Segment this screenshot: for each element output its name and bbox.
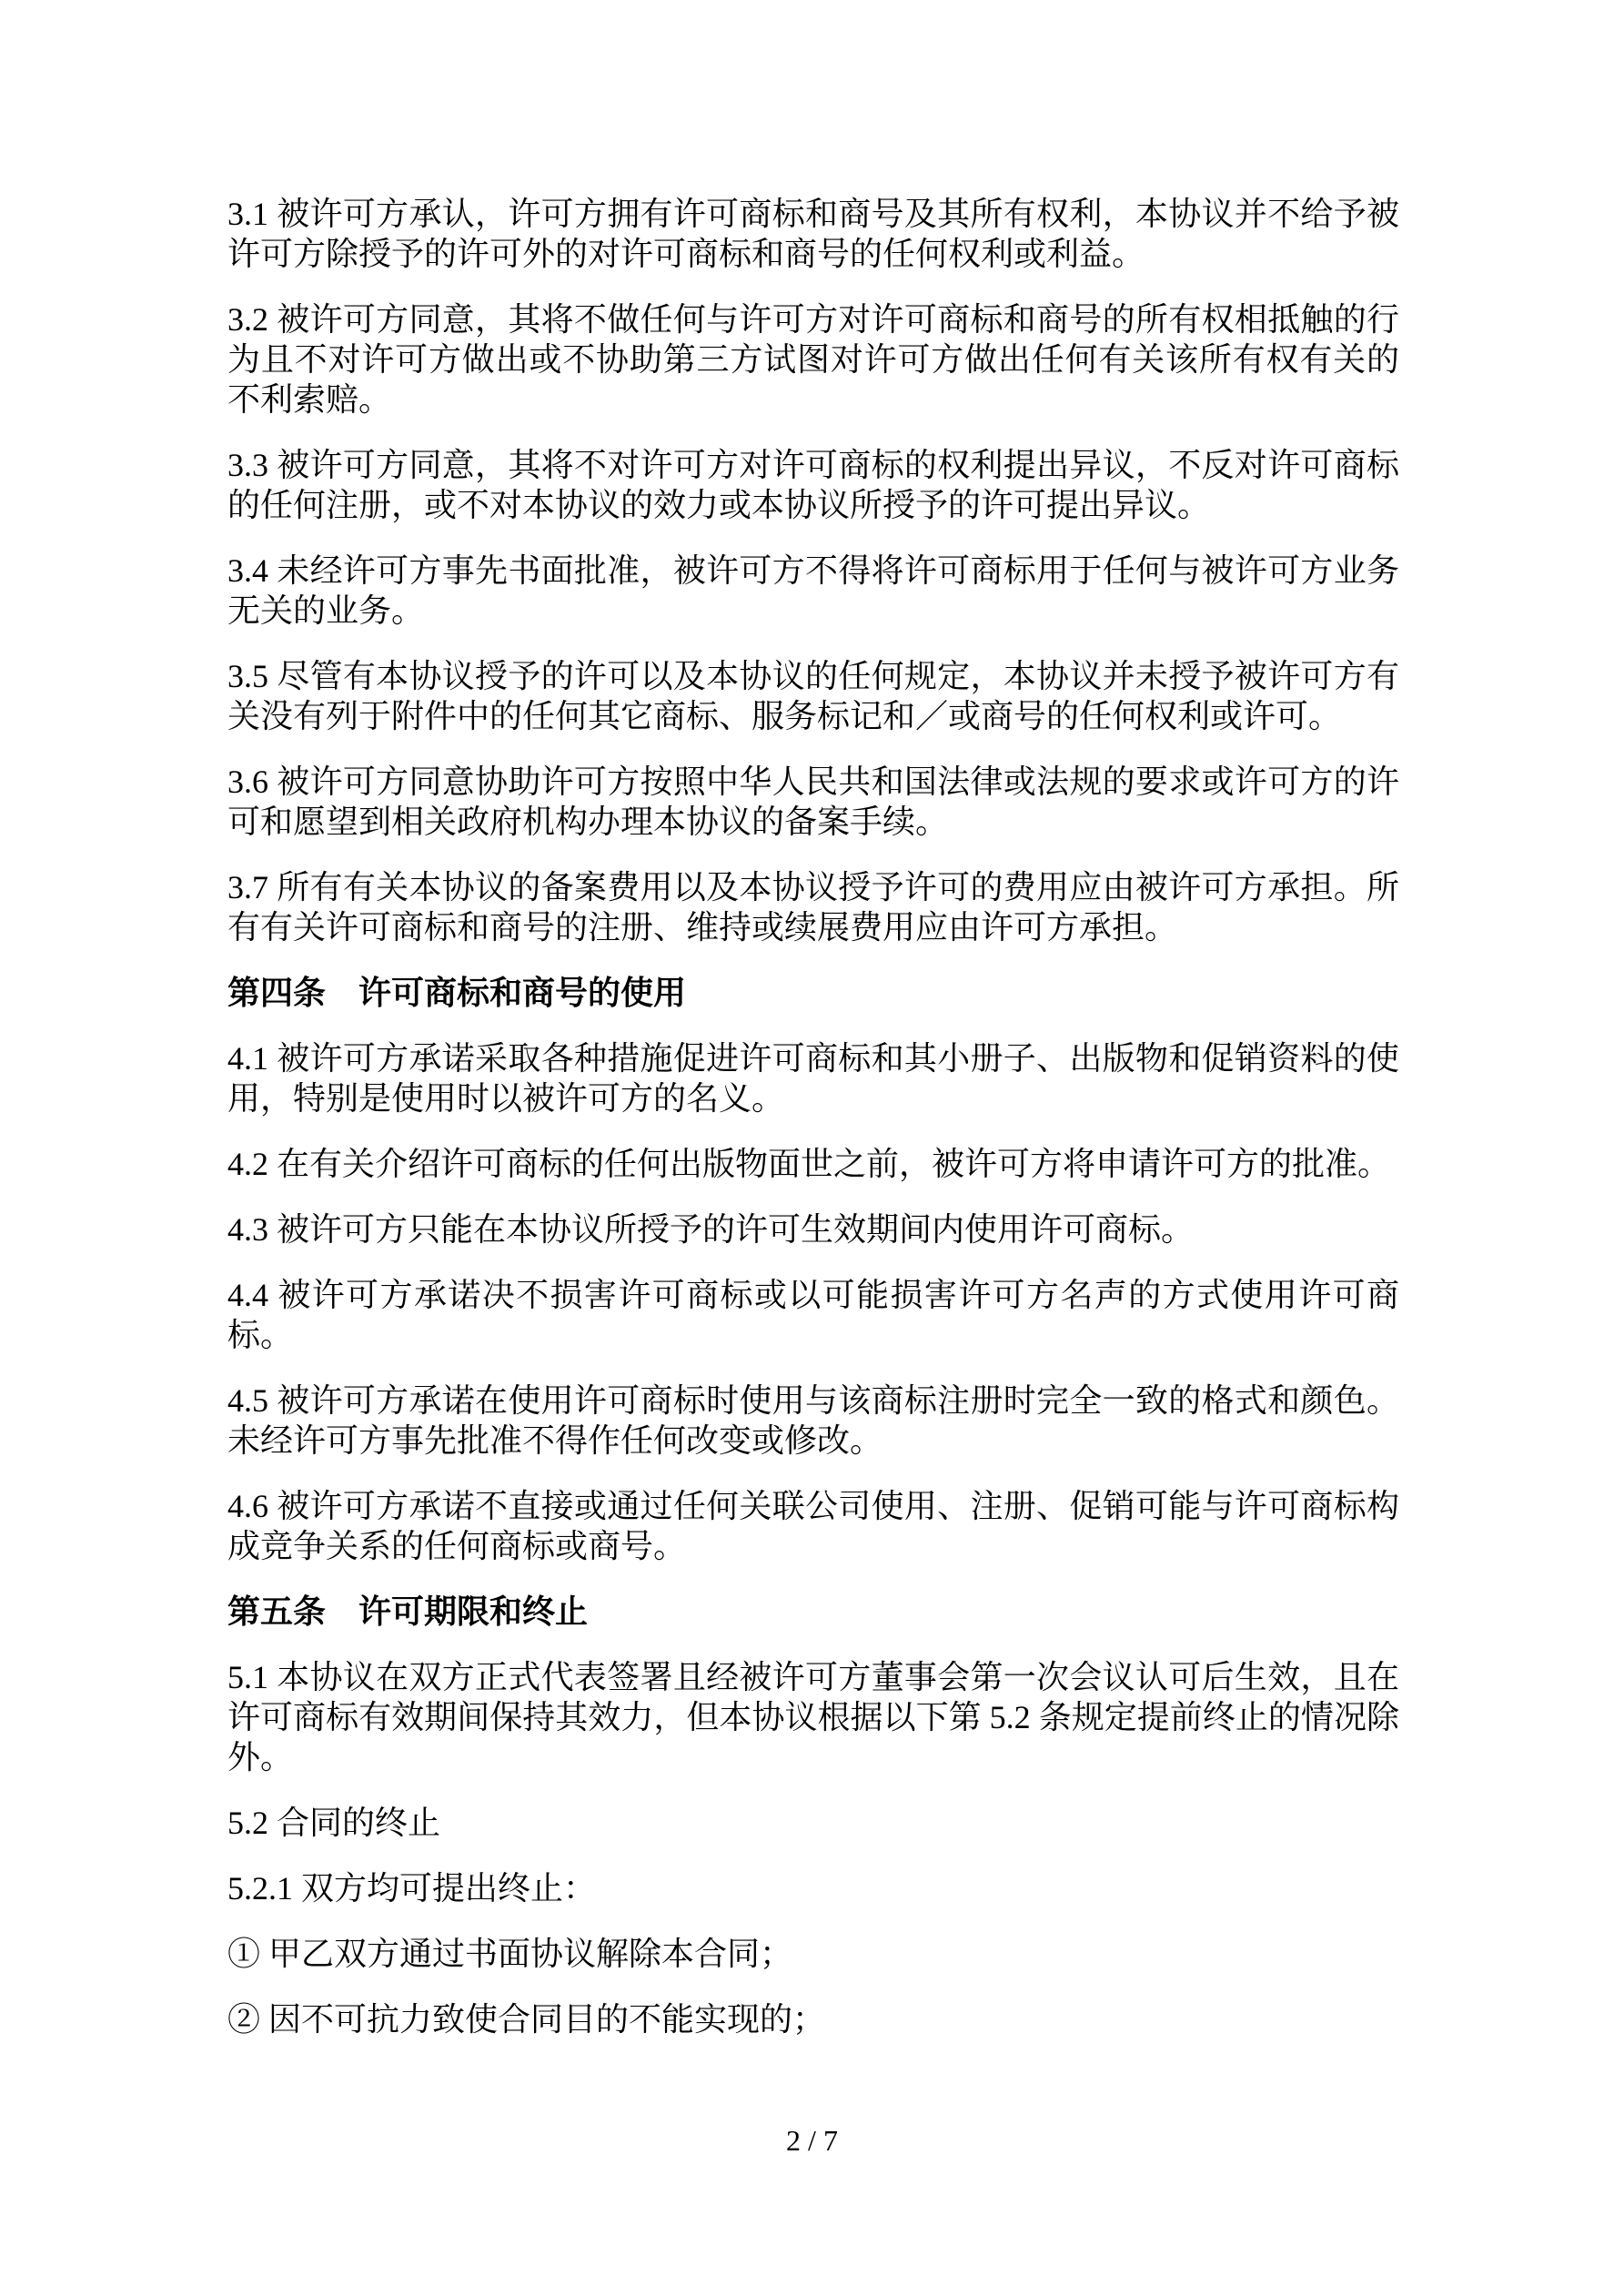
clause-paragraph-3-4: 3.4 未经许可方事先书面批准，被许可方不得将许可商标用于任何与被许可方业务无关…	[227, 551, 1399, 631]
page-number: 2 / 7	[0, 2122, 1624, 2159]
clause-paragraph-4-6: 4.6 被许可方承诺不直接或通过任何关联公司使用、注册、促销可能与许可商标构成竞…	[227, 1486, 1399, 1566]
clause-paragraph-4-3: 4.3 被许可方只能在本协议所授予的许可生效期间内使用许可商标。	[227, 1209, 1399, 1249]
article-heading-5: 第五条 许可期限和终止	[227, 1592, 1399, 1632]
clause-paragraph-5-1: 5.1 本协议在双方正式代表签署且经被许可方董事会第一次会议认可后生效，且在许可…	[227, 1657, 1399, 1777]
clause-paragraph-3-7: 3.7 所有有关本协议的备案费用以及本协议授予许可的费用应由被许可方承担。所有有…	[227, 867, 1399, 947]
clause-paragraph-3-2: 3.2 被许可方同意，其将不做任何与许可方对许可商标和商号的所有权相抵触的行为且…	[227, 299, 1399, 420]
document-page: 3.1 被许可方承认，许可方拥有许可商标和商号及其所有权利，本协议并不给予被许可…	[0, 0, 1624, 2296]
clause-paragraph-4-1: 4.1 被许可方承诺采取各种措施促进许可商标和其小册子、出版物和促销资料的使用，…	[227, 1038, 1399, 1118]
clause-paragraph-3-6: 3.6 被许可方同意协助许可方按照中华人民共和国法律或法规的要求或许可方的许可和…	[227, 762, 1399, 842]
clause-paragraph-3-3: 3.3 被许可方同意，其将不对许可方对许可商标的权利提出异议，不反对许可商标的任…	[227, 445, 1399, 525]
clause-paragraph-4-5: 4.5 被许可方承诺在使用许可商标时使用与该商标注册时完全一致的格式和颜色。未经…	[227, 1381, 1399, 1461]
document-body: 3.1 被许可方承认，许可方拥有许可商标和商号及其所有权利，本协议并不给予被许可…	[227, 194, 1399, 2065]
clause-paragraph-3-5: 3.5 尽管有本协议授予的许可以及本协议的任何规定，本协议并未授予被许可方有关没…	[227, 656, 1399, 736]
clause-paragraph-3-1: 3.1 被许可方承认，许可方拥有许可商标和商号及其所有权利，本协议并不给予被许可…	[227, 194, 1399, 274]
clause-paragraph-4-4: 4.4 被许可方承诺决不损害许可商标或以可能损害许可方名声的方式使用许可商标。	[227, 1275, 1399, 1355]
termination-item-1: ① 甲乙双方通过书面协议解除本合同；	[227, 1934, 1399, 1974]
article-heading-4: 第四条 许可商标和商号的使用	[227, 973, 1399, 1013]
clause-paragraph-4-2: 4.2 在有关介绍许可商标的任何出版物面世之前，被许可方将申请许可方的批准。	[227, 1144, 1399, 1184]
clause-paragraph-5-2-1: 5.2.1 双方均可提出终止：	[227, 1868, 1399, 1908]
clause-paragraph-5-2: 5.2 合同的终止	[227, 1803, 1399, 1843]
termination-item-2: ② 因不可抗力致使合同目的不能实现的；	[227, 1999, 1399, 2039]
